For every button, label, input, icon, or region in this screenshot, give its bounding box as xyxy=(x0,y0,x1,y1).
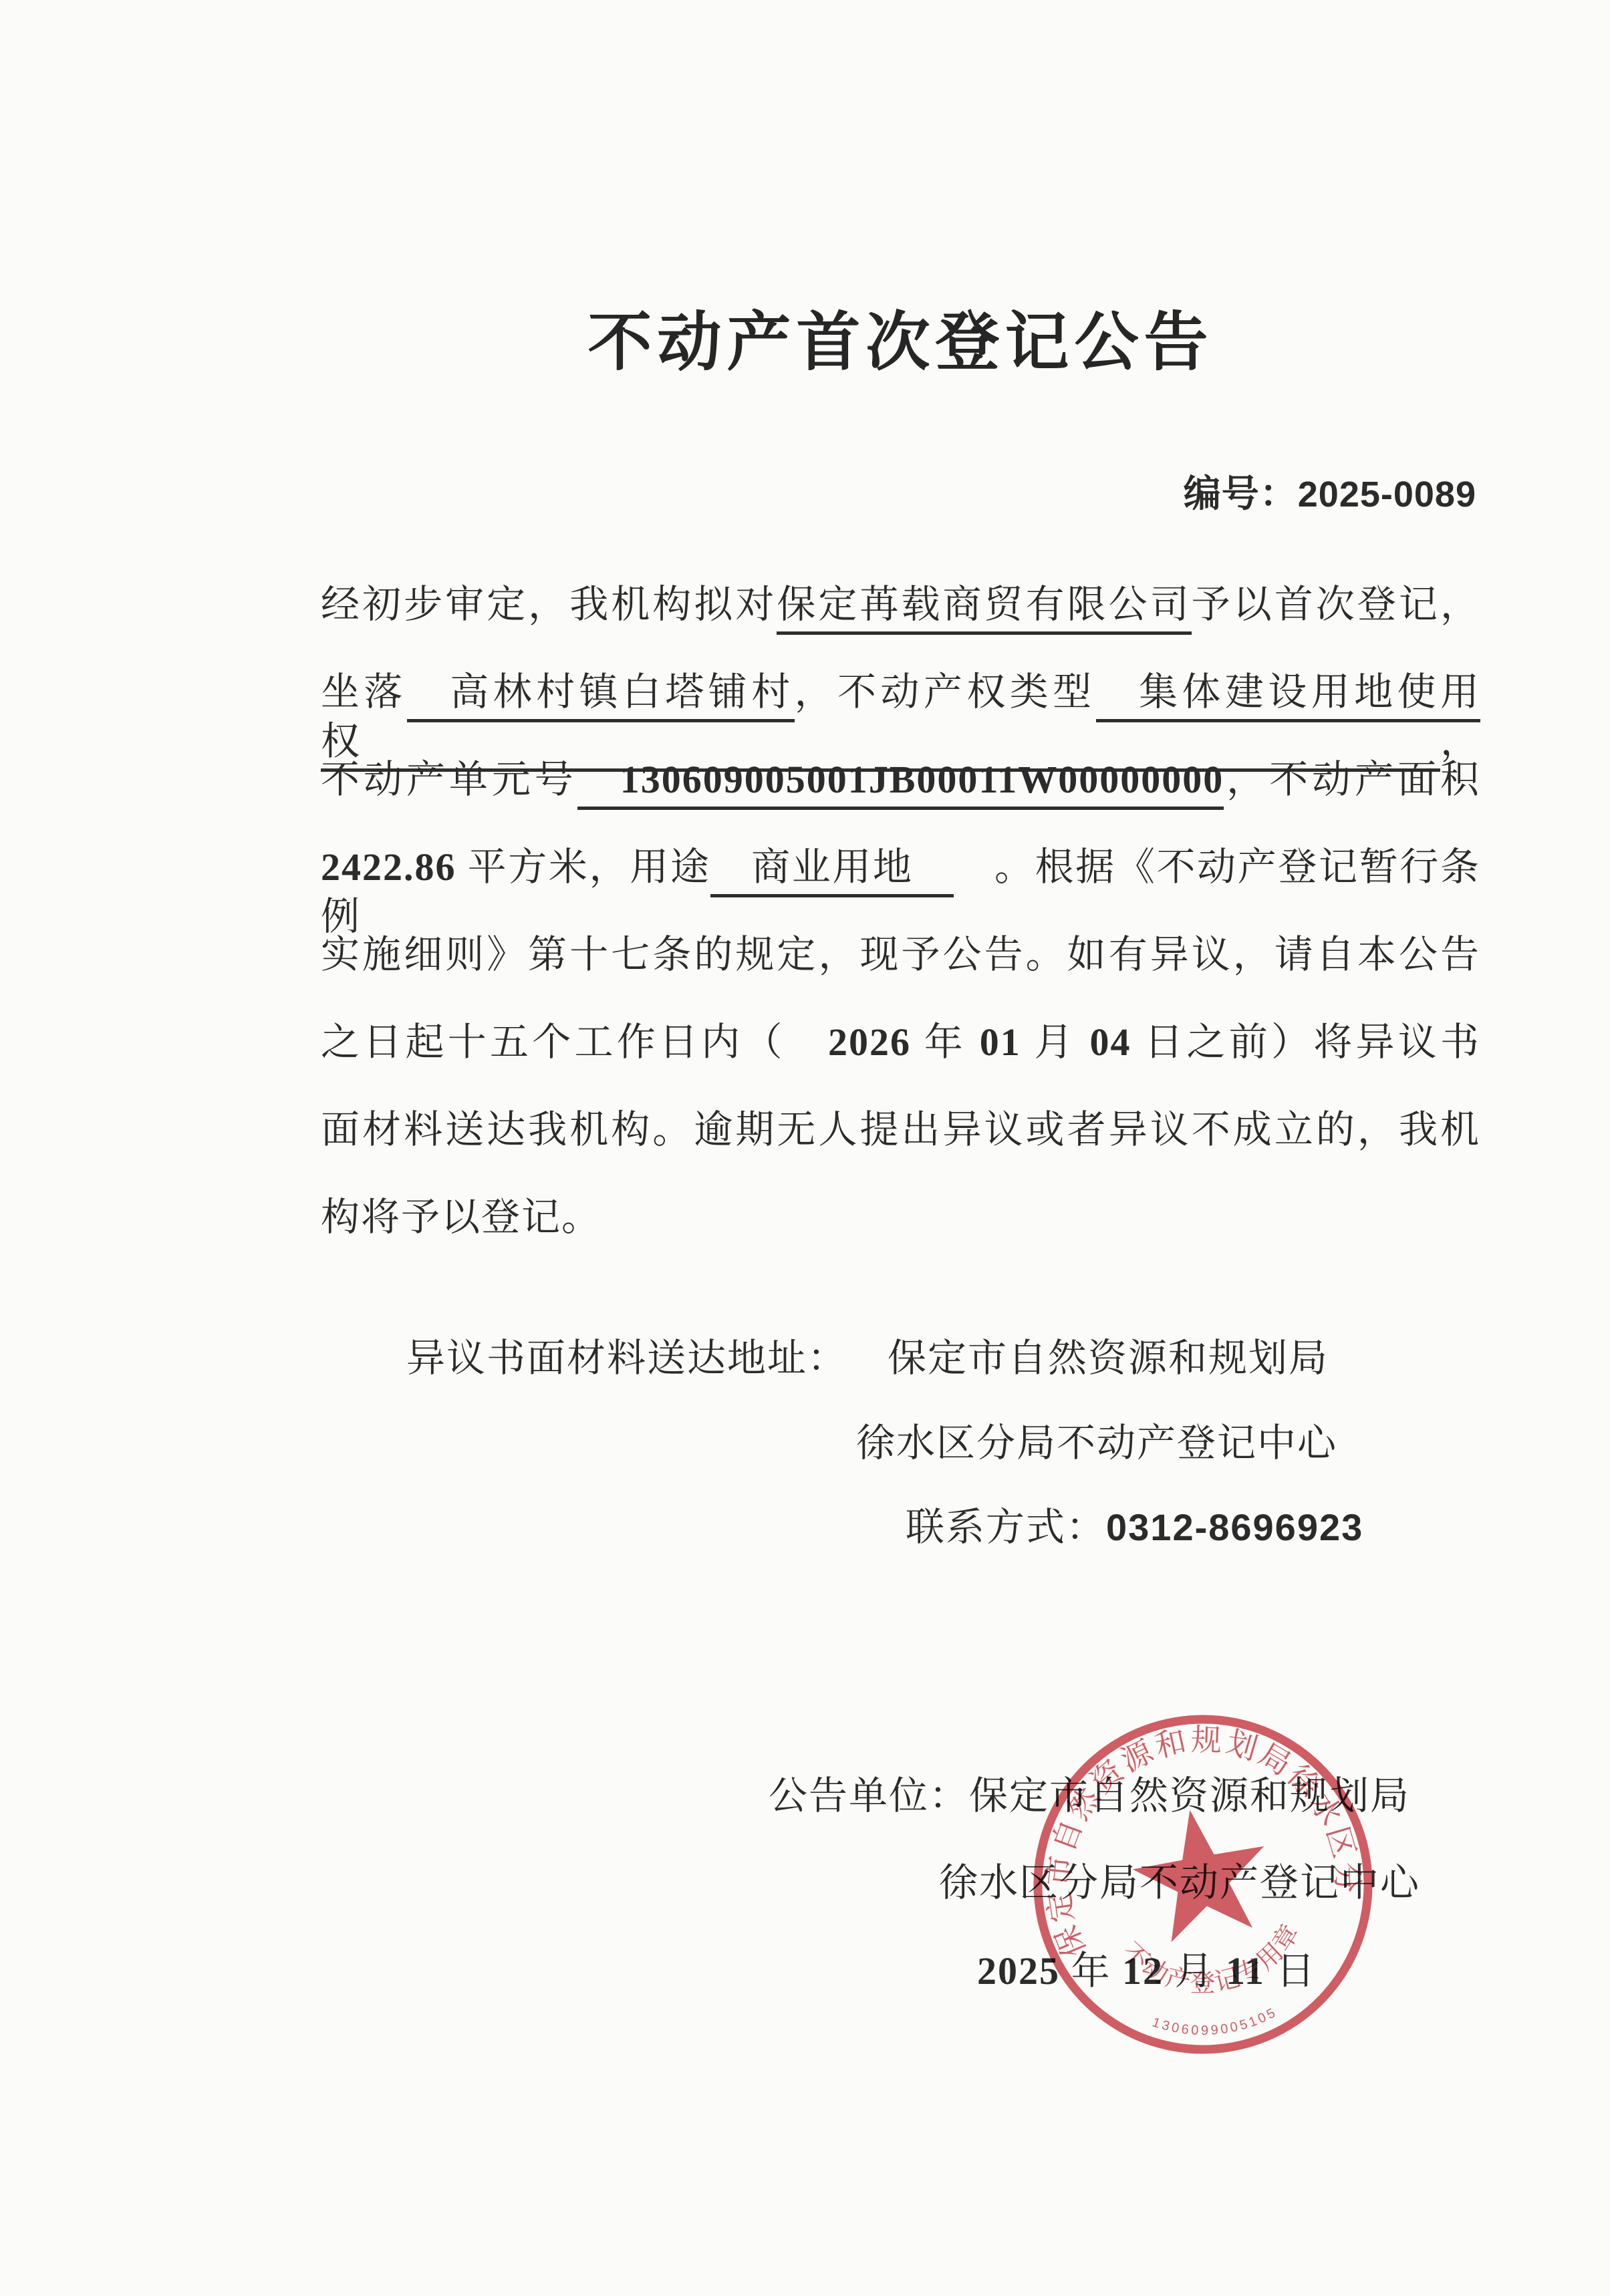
unit-number-value: 130609005001JB00011W00000000 xyxy=(577,758,1224,810)
contact-phone: 0312-8696923 xyxy=(1106,1506,1363,1548)
unit-name-2: 徐水区分局不动产登记中心 xyxy=(939,1861,1420,1904)
body-text: ，不动产面积 xyxy=(1224,758,1480,801)
body-text: 日之前）将异议书 xyxy=(1131,1020,1480,1064)
date-day-unit: 日 xyxy=(1265,1949,1317,1993)
body-text: 予以首次登记， xyxy=(1192,583,1480,626)
footer-unit-line-2: 徐水区分局不动产登记中心 xyxy=(939,1858,1420,1908)
doc-number-line: 编号：2025-0089 xyxy=(321,468,1480,521)
address-value-1: 保定市自然资源和规划局 xyxy=(888,1336,1329,1380)
usage-value: 商业用地 xyxy=(710,845,954,897)
contact-line: 联系方式：0312-8696923 xyxy=(906,1502,1363,1553)
footer-unit-line-1: 公告单位：保定市自然资源和规划局 xyxy=(769,1771,1410,1822)
body-text: 不动产单元号 xyxy=(321,758,577,801)
body-text: 经初步审定，我机构拟对 xyxy=(321,583,777,626)
footer-date-line: 2025 年 12 月 11 日 xyxy=(977,1946,1316,1997)
unit-label: 公告单位： xyxy=(769,1774,969,1818)
address-value-2: 徐水区分局不动产登记中心 xyxy=(856,1421,1337,1465)
body-text: 实施细则》第十七条的规定，现予公告。如有异议，请自本公告 xyxy=(321,933,1480,976)
address-line-2: 徐水区分局不动产登记中心 xyxy=(856,1418,1337,1469)
body-text: 年 xyxy=(911,1020,980,1064)
body-line-2: 坐落 高林村镇白塔铺村，不动产权类型 集体建设用地使用权， xyxy=(321,668,1480,766)
body-line-5: 实施细则》第十七条的规定，现予公告。如有异议，请自本公告 xyxy=(321,930,1480,980)
unit-name-1: 保定市自然资源和规划局 xyxy=(969,1774,1410,1818)
address-label: 异议书面材料送达地址： xyxy=(406,1336,847,1380)
date-month-unit: 月 xyxy=(1164,1949,1226,1993)
announcement-document: 不动产首次登记公告 编号：2025-0089 经初步审定，我机构拟对保定苒载商贸… xyxy=(0,0,1610,2296)
deadline-month: 01 xyxy=(980,1020,1021,1064)
location-value: 高林村镇白塔铺村 xyxy=(407,670,795,722)
address-line-1: 异议书面材料送达地址：保定市自然资源和规划局 xyxy=(406,1333,1329,1384)
doc-number-value: 2025-0089 xyxy=(1298,474,1476,515)
date-month: 12 xyxy=(1122,1949,1164,1993)
body-text: 面材料送达我机构。逾期无人提出异议或者异议不成立的，我机 xyxy=(321,1108,1480,1151)
seal-serial-number: 1306099005105 xyxy=(1148,1994,1282,2049)
date-year: 2025 xyxy=(977,1949,1060,1993)
deadline-year: 2026 xyxy=(828,1020,911,1064)
body-text: 平方米，用途 xyxy=(456,845,711,889)
body-line-1: 经初步审定，我机构拟对保定苒载商贸有限公司予以首次登记， xyxy=(321,580,1480,629)
area-value: 2422.86 xyxy=(321,845,456,889)
doc-number-label: 编号： xyxy=(1184,474,1298,515)
body-line-7: 面材料送达我机构。逾期无人提出异议或者异议不成立的，我机 xyxy=(321,1105,1480,1155)
body-text: 之日起十五个工作日内（ xyxy=(321,1020,828,1064)
seal-ring-text: 保定市自然资源和规划局徐水区分局 xyxy=(1016,1697,1371,1971)
body-line-6: 之日起十五个工作日内（ 2026 年 01 月 04 日之前）将异议书 xyxy=(321,1018,1480,1067)
body-line-4: 2422.86 平方米，用途 商业用地 。根据《不动产登记暂行条例 xyxy=(321,843,1480,942)
date-year-unit: 年 xyxy=(1060,1949,1122,1993)
deadline-day: 04 xyxy=(1089,1020,1131,1064)
contact-label: 联系方式： xyxy=(906,1505,1106,1549)
applicant-name: 保定苒载商贸有限公司 xyxy=(777,583,1191,635)
body-text: 坐落 xyxy=(321,670,407,714)
body-line-8: 构将予以登记。 xyxy=(321,1193,1480,1242)
date-day: 11 xyxy=(1226,1949,1265,1993)
page-title: 不动产首次登记公告 xyxy=(321,299,1480,386)
body-text: 月 xyxy=(1021,1020,1090,1064)
body-line-3: 不动产单元号 130609005001JB00011W00000000，不动产面… xyxy=(321,755,1480,805)
body-text: 构将予以登记。 xyxy=(321,1195,601,1239)
body-text: ，不动产权类型 xyxy=(795,670,1096,714)
